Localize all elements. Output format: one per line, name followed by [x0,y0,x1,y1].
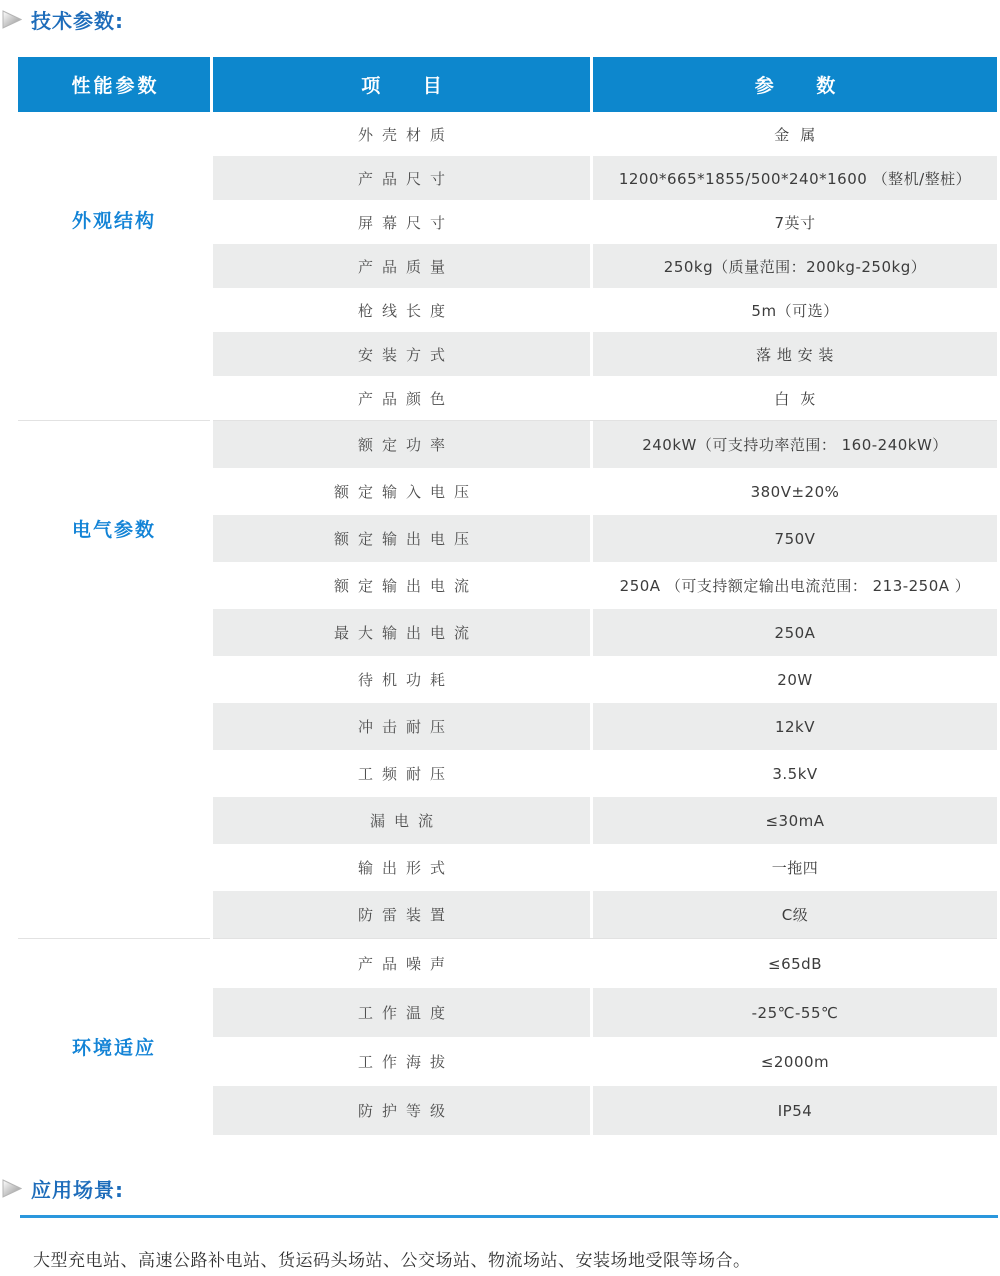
spec-row: 输出形式 一拖四 [213,844,997,891]
spec-row: 安装方式 落 地 安 装 [213,332,997,376]
spec-item-value: 750V [593,515,997,562]
spec-item-value: 落 地 安 装 [593,332,997,376]
spec-item-label: 产品颜色 [213,376,590,420]
spec-item-label: 额定功率 [213,421,590,468]
spec-item-value: 380V±20% [593,468,997,515]
spec-item-label: 安装方式 [213,332,590,376]
spec-item-label: 额定输出电压 [213,515,590,562]
group-rows-appearance: 外壳材质 金 属 产品尺寸 1200*665*1855/500*240*1600… [213,112,997,420]
spec-item-label: 待机功耗 [213,656,590,703]
spec-item-label: 防雷装置 [213,891,590,938]
spec-row: 防雷装置 C级 [213,891,997,938]
spec-row: 防护等级 IP54 [213,1086,997,1135]
spec-item-value: -25℃-55℃ [593,988,997,1037]
spec-row: 额定输出电压 750V [213,515,997,562]
tech-params-section-header: 技术参数: [2,5,124,34]
spec-item-value: 1200*665*1855/500*240*1600 （整机/整桩） [593,156,997,200]
spec-item-label: 产品质量 [213,244,590,288]
spec-item-value: ≤30mA [593,797,997,844]
rows-column: 外壳材质 金 属 产品尺寸 1200*665*1855/500*240*1600… [213,112,997,1135]
spec-item-value: 白 灰 [593,376,997,420]
category-label: 外观结构 [18,209,210,233]
spec-item-value: 12kV [593,703,997,750]
spec-item-value: 20W [593,656,997,703]
spec-row: 外壳材质 金 属 [213,112,997,156]
header-cell-category: 性能参数 [18,57,210,112]
spec-item-label: 防护等级 [213,1086,590,1135]
app-scenarios-title: 应用场景: [31,1174,124,1203]
triangle-marker-icon [2,10,22,29]
spec-row: 产品质量 250kg（质量范围：200kg-250kg） [213,244,997,288]
spec-row: 产品尺寸 1200*665*1855/500*240*1600 （整机/整桩） [213,156,997,200]
spec-row: 冲击耐压 12kV [213,703,997,750]
spec-item-value: 250kg（质量范围：200kg-250kg） [593,244,997,288]
category-column: 外观结构 电气参数 环境适应 [18,112,210,1135]
spec-row: 额定输出电流 250A （可支持额定输出电流范围： 213-250A ） [213,562,997,609]
spec-item-value: ≤2000m [593,1037,997,1086]
spec-item-value: 7英寸 [593,200,997,244]
category-cell-electrical: 电气参数 [18,420,210,938]
spec-row: 额定功率 240kW（可支持功率范围： 160-240kW） [213,421,997,468]
spec-table-body: 外观结构 电气参数 环境适应 外壳材质 金 属 产品尺寸 1200*665*18… [18,112,997,1135]
spec-item-value: ≤65dB [593,939,997,988]
spec-row: 待机功耗 20W [213,656,997,703]
spec-item-label: 外壳材质 [213,112,590,156]
spec-row: 产品颜色 白 灰 [213,376,997,420]
header-cell-item: 项 目 [213,57,590,112]
spec-item-label: 工频耐压 [213,750,590,797]
spec-row: 工频耐压 3.5kV [213,750,997,797]
spec-item-label: 枪线长度 [213,288,590,332]
spec-item-label: 产品噪声 [213,939,590,988]
category-cell-appearance: 外观结构 [18,112,210,420]
spec-item-label: 冲击耐压 [213,703,590,750]
spec-item-value: 250A （可支持额定输出电流范围： 213-250A ） [593,562,997,609]
spec-item-value: 金 属 [593,112,997,156]
spec-item-value: IP54 [593,1086,997,1135]
spec-row: 枪线长度 5m（可选） [213,288,997,332]
spec-item-label: 输出形式 [213,844,590,891]
spec-item-value: 240kW（可支持功率范围： 160-240kW） [593,421,997,468]
spec-item-value: C级 [593,891,997,938]
spec-row: 工作海拔 ≤2000m [213,1037,997,1086]
tech-params-title: 技术参数: [31,5,124,34]
app-scenarios-section-header: 应用场景: [2,1174,124,1203]
spec-item-label: 屏幕尺寸 [213,200,590,244]
section-divider-line [20,1215,998,1218]
category-label: 环境适应 [18,1036,210,1060]
spec-item-value: 250A [593,609,997,656]
spec-row: 屏幕尺寸 7英寸 [213,200,997,244]
spec-row: 漏电流 ≤30mA [213,797,997,844]
header-cell-value: 参 数 [593,57,997,112]
spec-table-header: 性能参数 项 目 参 数 [18,57,997,112]
category-cell-environment: 环境适应 [18,938,210,1135]
app-scenarios-text: 大型充电站、高速公路补电站、货运码头场站、公交场站、物流场站、安装场地受限等场合… [33,1246,751,1271]
spec-item-label: 额定输出电流 [213,562,590,609]
spec-item-label: 工作海拔 [213,1037,590,1086]
spec-row: 最大输出电流 250A [213,609,997,656]
spec-item-value: 3.5kV [593,750,997,797]
spec-row: 额定输入电压 380V±20% [213,468,997,515]
category-label: 电气参数 [18,518,210,542]
spec-row: 产品噪声 ≤65dB [213,939,997,988]
spec-table: 性能参数 项 目 参 数 外观结构 电气参数 环境适应 外壳材质 金 属 产品 [18,57,997,1135]
spec-item-value: 5m（可选） [593,288,997,332]
triangle-marker-icon [2,1179,22,1198]
spec-item-label: 漏电流 [213,797,590,844]
spec-item-label: 额定输入电压 [213,468,590,515]
spec-item-label: 工作温度 [213,988,590,1037]
spec-item-label: 最大输出电流 [213,609,590,656]
group-rows-electrical: 额定功率 240kW（可支持功率范围： 160-240kW） 额定输入电压 38… [213,420,997,938]
spec-row: 工作温度 -25℃-55℃ [213,988,997,1037]
spec-item-value: 一拖四 [593,844,997,891]
group-rows-environment: 产品噪声 ≤65dB 工作温度 -25℃-55℃ 工作海拔 ≤2000m 防护等… [213,938,997,1135]
spec-item-label: 产品尺寸 [213,156,590,200]
